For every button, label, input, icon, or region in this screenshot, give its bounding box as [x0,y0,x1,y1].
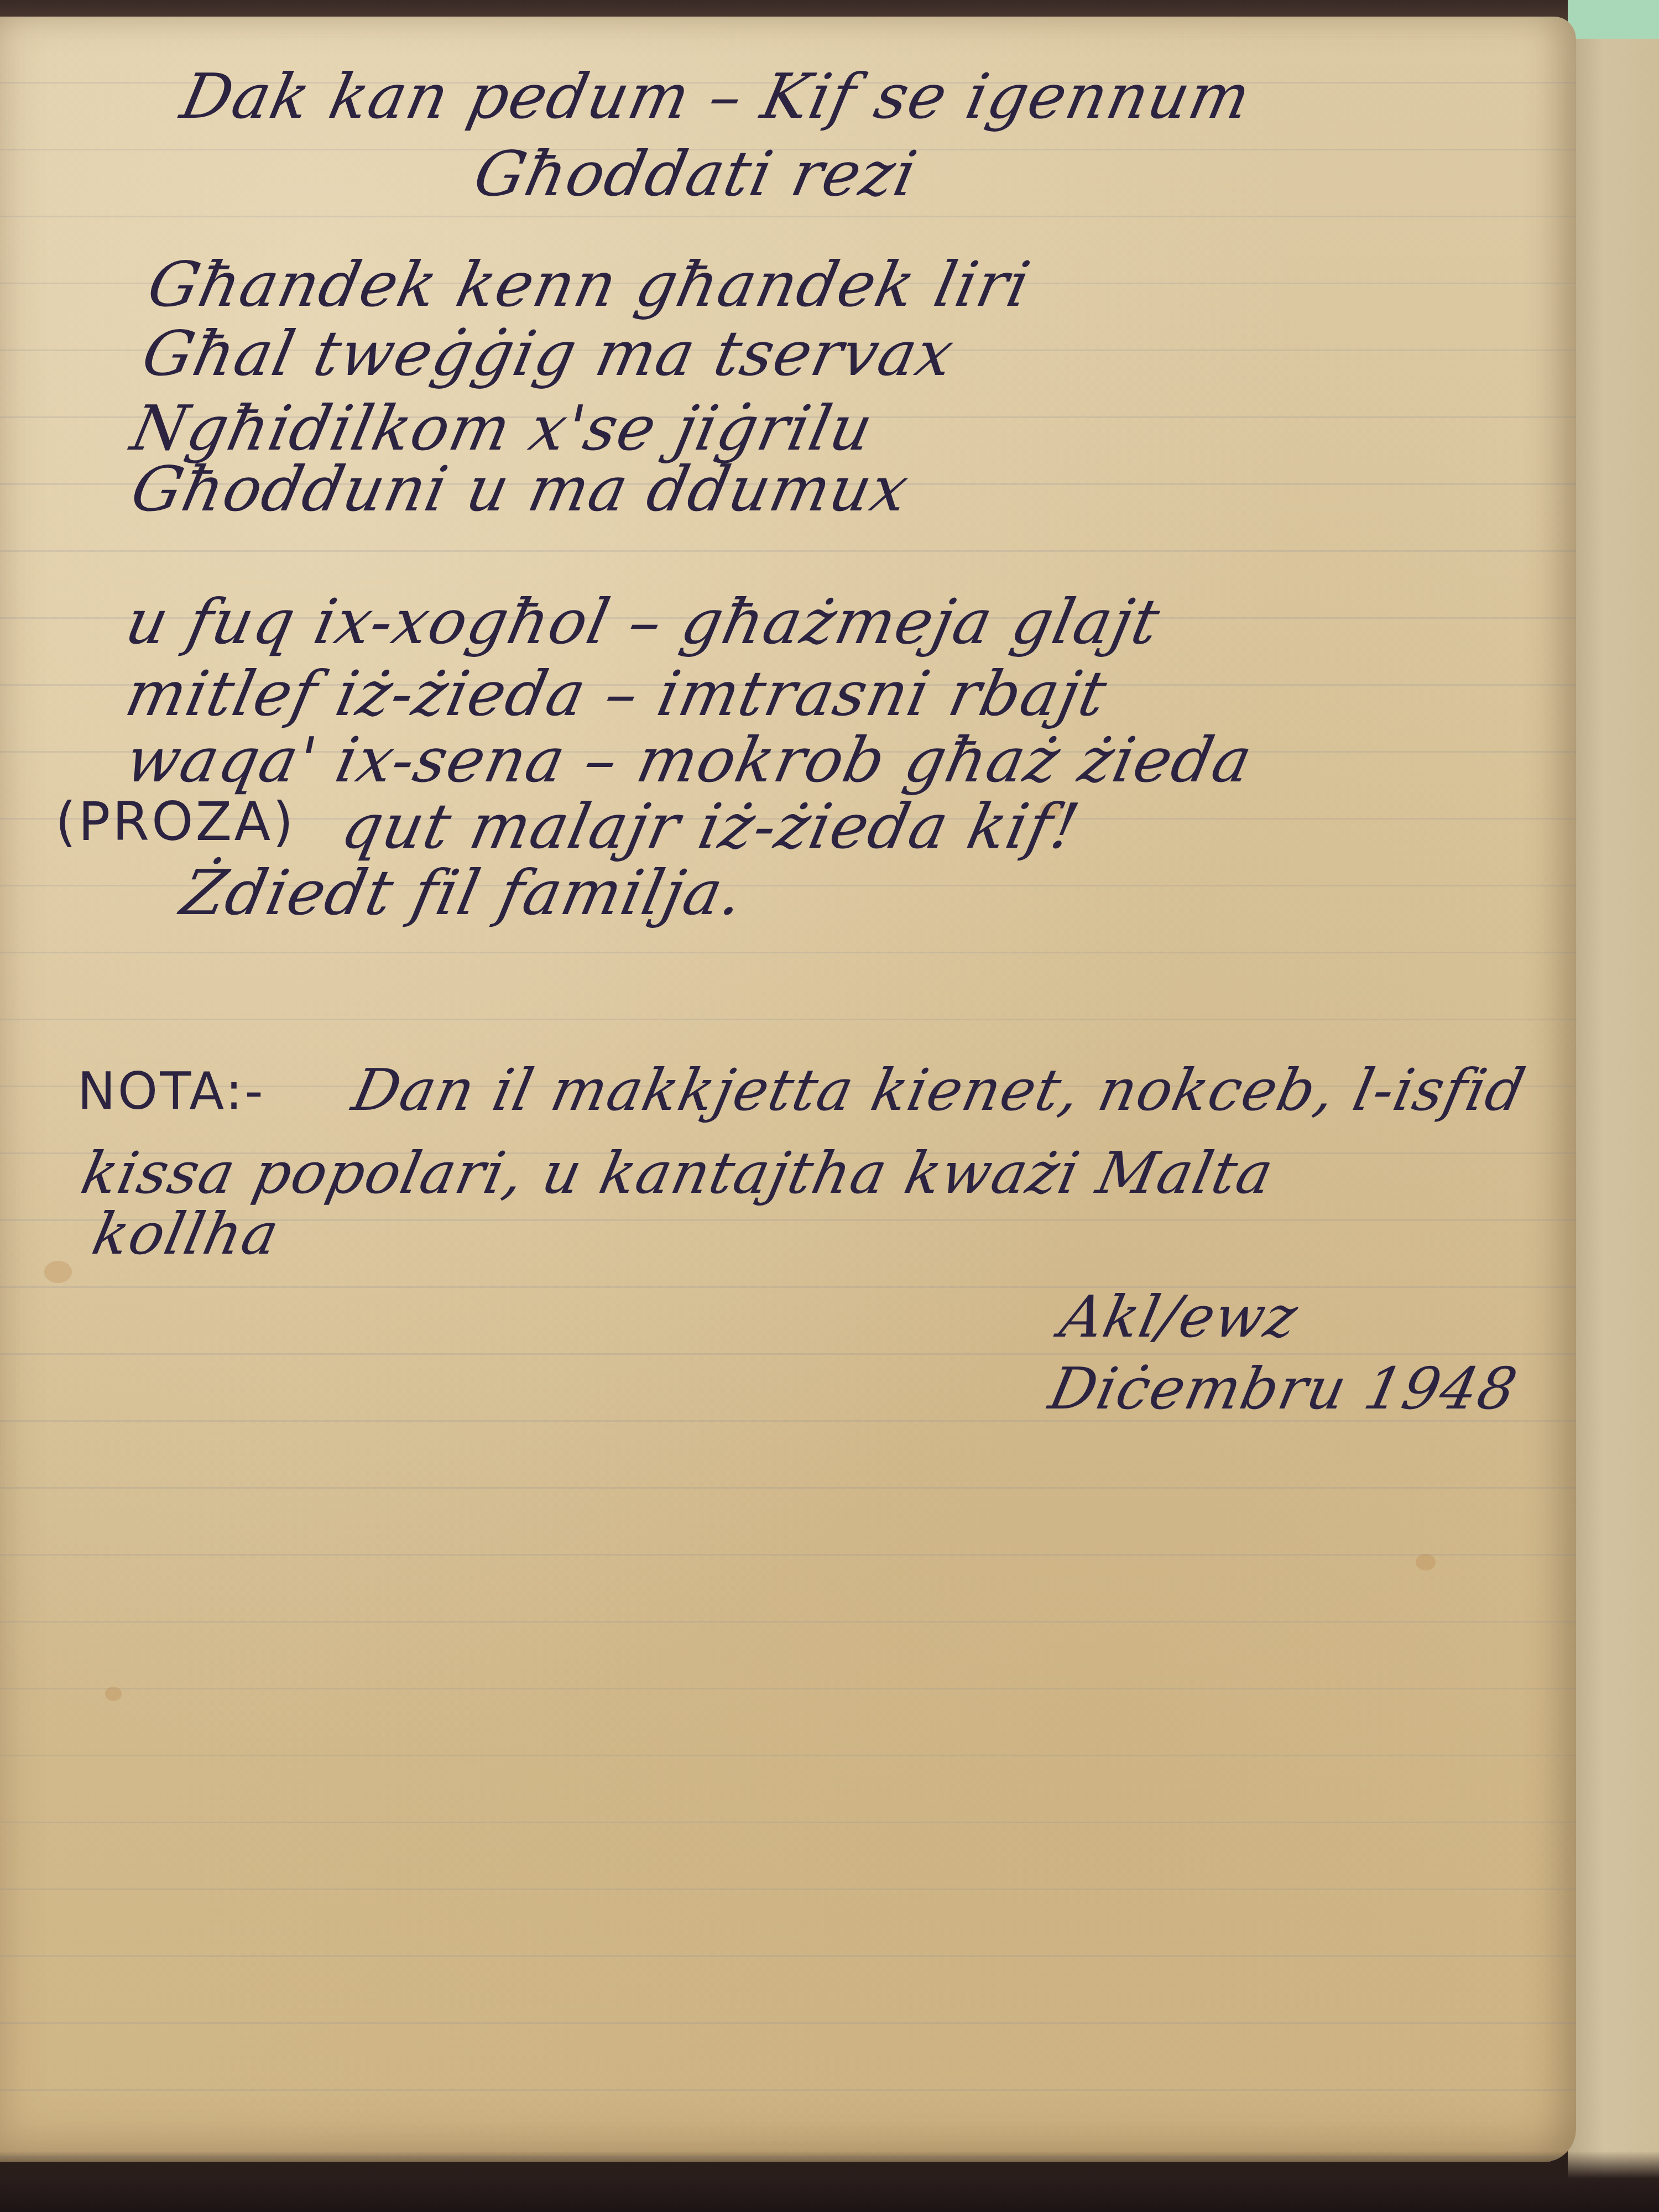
heading-line-1: Dak kan pedum – Kif se igennum [175,61,1258,133]
adjacent-page-edge [1568,39,1659,2212]
proza-label: (PROZA) [55,791,296,853]
background-object [1568,0,1659,42]
binding-bottom-edge [0,2151,1659,2212]
stanza2-line-1: u fuq ix-xogħol – għażmeja glajt [119,586,1166,658]
proza-line-1: qut malajr iż-żieda kif! [335,791,1086,863]
note-label: NOTA:- [77,1062,265,1121]
stanza2-line-2: mitlef iż-żieda – imtrasni rbajt [119,658,1113,730]
notebook-page: Dak kan pedum – Kif se igennum Għoddati … [0,17,1576,2162]
note-line-2: kissa popolari, u kantajtha kważi Malta [76,1139,1280,1207]
note-line-3: kollha [87,1200,285,1267]
paper-stain [44,1261,72,1283]
proza-line-2: Żdiedt fil familja. [175,857,750,929]
paper-stain [1416,1554,1436,1571]
signature-date: Diċembru 1948 [1044,1355,1524,1422]
stanza2-line-3: waqa' ix-sena – mokrob għaż żieda [119,724,1259,796]
signature-name: Akl/ewz [1055,1283,1305,1350]
stanza1-line-2: Għal tweġġig ma tservax [136,318,961,390]
stanza1-line-4: Għodduni u ma ddumux [125,453,915,525]
note-line-1: Dan il makkjetta kienet, nokceb, l-isfid [347,1056,1532,1124]
paper-stain [105,1687,122,1701]
stanza1-line-1: Għandek kenn għandek liri [142,249,1037,321]
heading-line-2: Għoddati rezi [468,138,924,210]
